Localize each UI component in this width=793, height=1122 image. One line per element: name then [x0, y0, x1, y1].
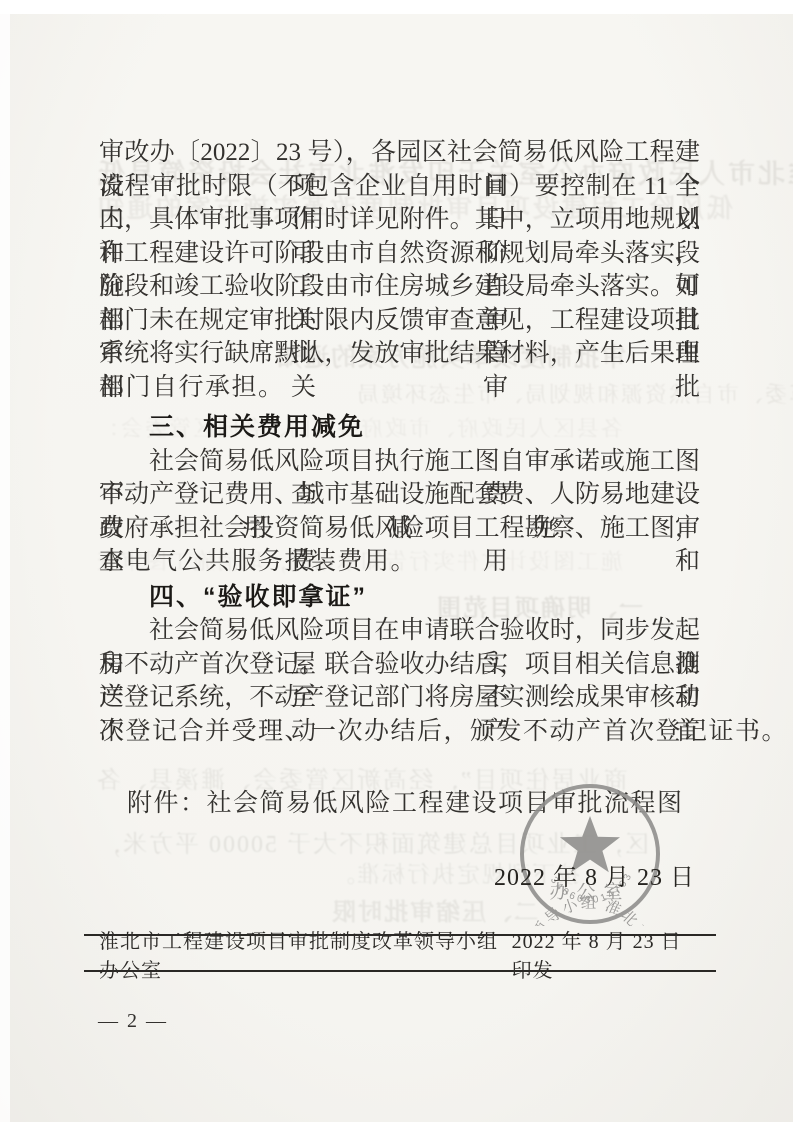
- page-number: — 2 —: [98, 1010, 168, 1033]
- document-line: 部门未在规定审批时限内反馈审查意见，工程建设项目审批管理: [99, 304, 700, 338]
- document-line: 流程审批时限（不包含企业自用时间）要控制在 11 个工作日以: [99, 170, 700, 204]
- footer-bar: 淮北市工程建设项目审批制度改革领导小组办公室 2022 年 8 月 23 日印发: [99, 941, 701, 967]
- document-paragraphs: 审改办〔2022〕23 号），各园区社会简易低风险工程建设项目全流程审批时限（不…: [99, 136, 700, 748]
- bleed-through-text: 二、压缩审批时限: [330, 892, 538, 927]
- footer-print-date: 2022 年 8 月 23 日印发: [512, 925, 701, 983]
- footer-rule-bottom: [84, 970, 716, 972]
- document-line: 产登记系统，不动产登记部门将房屋实测绘成果审核和不动产首: [99, 681, 700, 715]
- document-line: 系统将实行缺席默认，发放审批结果材料，产生后果由相关审批: [99, 337, 700, 371]
- document-line: 社会简易低风险项目在申请联合验收时，同步发起房屋实测: [99, 614, 700, 648]
- scan-edge-top: [0, 0, 793, 14]
- document-line: 不动产登记费用、城市基础设施配套费、人防易地建设费用减免，: [99, 478, 700, 512]
- scan-edge-left: [0, 0, 10, 1122]
- document-line: 政府承担社会投资简易低风险项目工程勘察、施工图审查费用和: [99, 512, 700, 546]
- document-line: 和不动产首次登记。联合验收办结后，项目相关信息推送至不动: [99, 648, 700, 682]
- document-line: 和工程建设许可阶段由市自然资源和规划局牵头落实，施工许可: [99, 237, 700, 271]
- official-seal: 淮北市工程建设项目审批制度改革领导小组 办公室 3406030147633: [518, 782, 662, 926]
- document-line: 次登记合并受理、一次办结后，颁发不动产首次登记证书。: [99, 715, 700, 749]
- document-line: 审改办〔2022〕23 号），各园区社会简易低风险工程建设项目全: [99, 136, 700, 170]
- section-heading: 四、“验收即拿证”: [99, 581, 700, 615]
- document-date: 2022 年 8 月 23 日: [99, 862, 700, 896]
- document-line: 社会简易低风险项目执行施工图自审承诺或施工图审查费、: [99, 445, 700, 479]
- section-heading: 三、相关费用减免: [99, 411, 700, 445]
- document-line: 内，具体审批事项用时详见附件。其中，立项用地规划许可阶段: [99, 203, 700, 237]
- document-line: 阶段和竣工验收阶段由市住房城乡建设局牵头落实。如相关审批: [99, 270, 700, 304]
- scanned-document-page: 淮北市人民政府办公室关于印发淮北市社会投资简易低低风险工程建设项目审批制度改革实…: [0, 0, 793, 1122]
- footer-issuer: 淮北市工程建设项目审批制度改革领导小组办公室: [99, 925, 512, 983]
